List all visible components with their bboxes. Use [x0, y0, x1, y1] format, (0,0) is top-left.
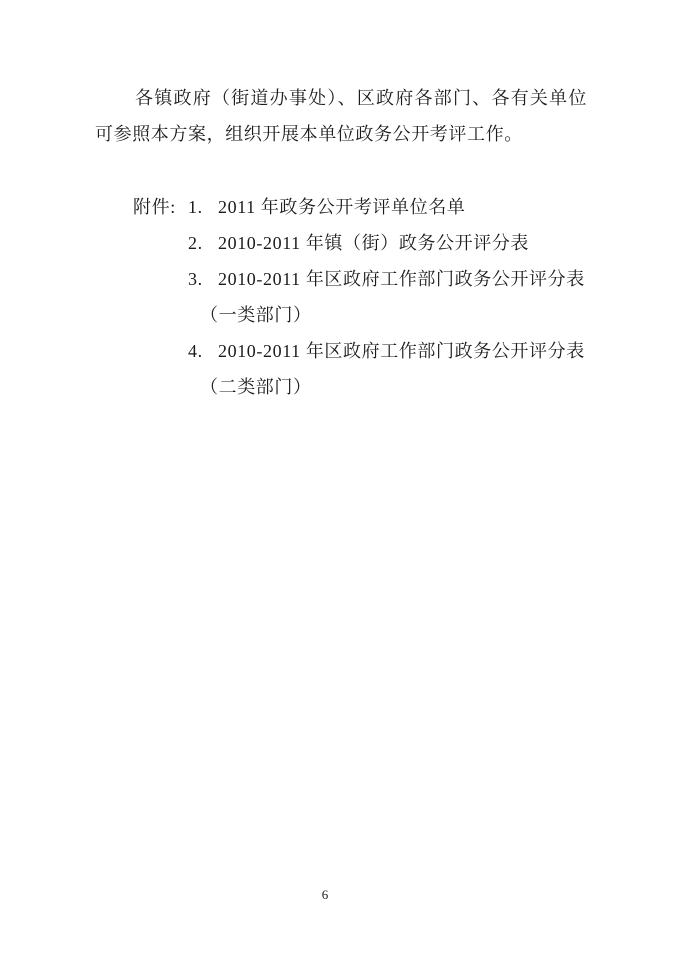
attachment-item-3: 3.2010-2011 年区政府工作部门政务公开评分表: [188, 261, 585, 297]
document-page: 各镇政府（街道办事处）、区政府各部门、各有关单位可参照本方案，组织开展本单位政务…: [0, 0, 680, 955]
attachment-item-2: 2.2010-2011 年镇（街）政务公开评分表: [188, 225, 585, 261]
attachment-item-1: 附件:1.2011 年政务公开考评单位名单: [133, 189, 585, 225]
attachment-item-4-continuation: （二类部门）: [200, 369, 585, 405]
attachment-item-number: 4.: [188, 333, 218, 369]
body-paragraph: 各镇政府（街道办事处）、区政府各部门、各有关单位可参照本方案，组织开展本单位政务…: [95, 80, 587, 152]
attachment-item-number: 2.: [188, 225, 218, 261]
attachment-item-text: 2010-2011 年镇（街）政务公开评分表: [218, 233, 529, 253]
attachment-item-text: 2010-2011 年区政府工作部门政务公开评分表: [218, 341, 585, 361]
attachment-item-text: 2011 年政务公开考评单位名单: [218, 197, 465, 217]
attachments-label: 附件:: [133, 189, 188, 225]
attachment-item-continuation-text: （一类部门）: [200, 305, 312, 325]
attachments-list: 附件:1.2011 年政务公开考评单位名单 2.2010-2011 年镇（街）政…: [133, 189, 585, 405]
page-number: 6: [250, 887, 400, 903]
attachment-item-number: 3.: [188, 261, 218, 297]
attachment-item-continuation-text: （二类部门）: [200, 377, 312, 397]
attachment-item-number: 1.: [188, 189, 218, 225]
attachment-item-text: 2010-2011 年区政府工作部门政务公开评分表: [218, 269, 585, 289]
attachment-item-3-continuation: （一类部门）: [200, 297, 585, 333]
attachment-item-4: 4.2010-2011 年区政府工作部门政务公开评分表: [188, 333, 585, 369]
